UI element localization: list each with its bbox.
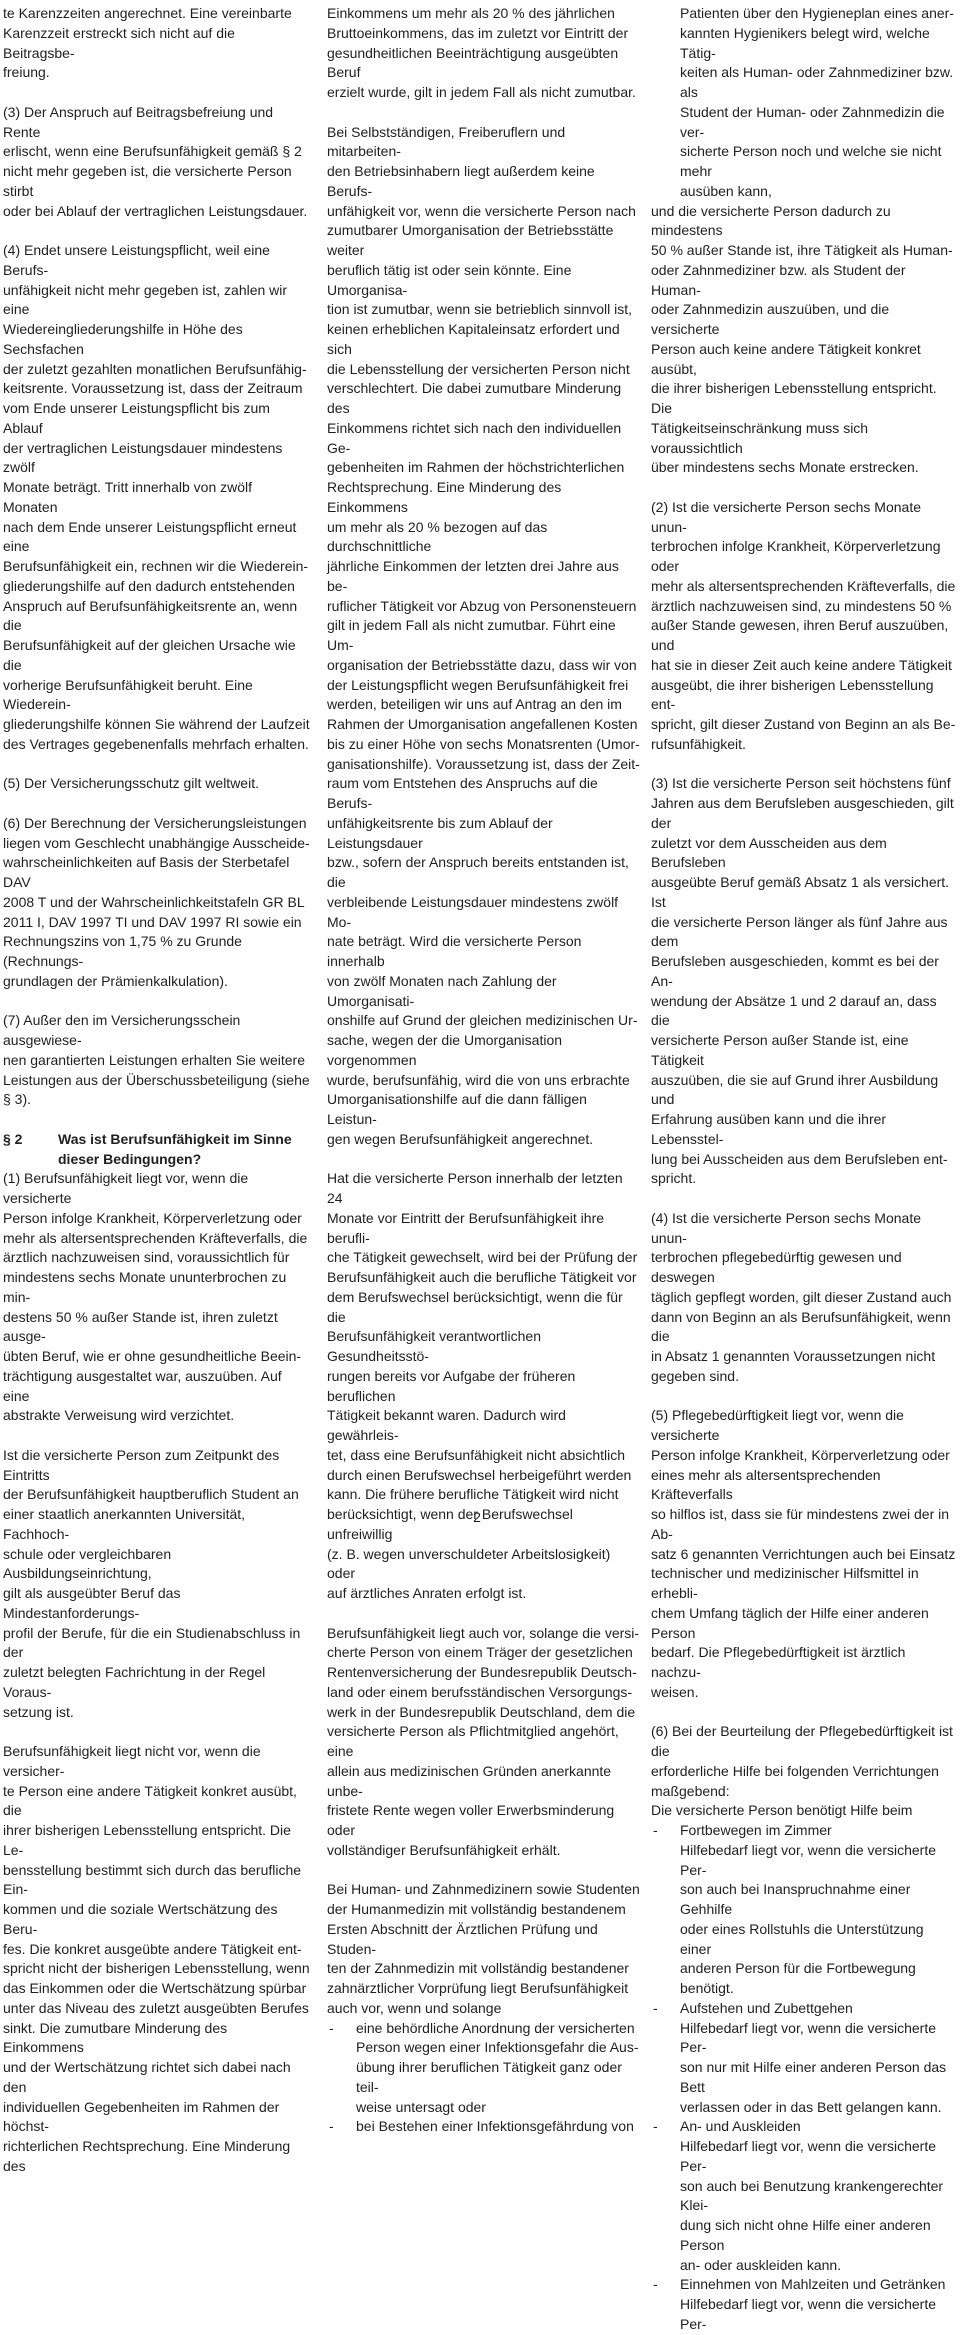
- paragraph: Berufsunfähigkeit liegt auch vor, solang…: [327, 1624, 640, 1861]
- list-item: -eine behördliche Anordnung der versiche…: [327, 2019, 640, 2118]
- list-item: -An- und Auskleiden Hilfebedarf liegt vo…: [651, 2117, 956, 2275]
- paragraph: Bei Human- und Zahnmedizinern sowie Stud…: [327, 1880, 640, 2018]
- paragraph: (5) Pflegebedürftigkeit liegt vor, wenn …: [651, 1406, 956, 1702]
- list-item-text: Einnehmen von Mahlzeiten und Getränken H…: [680, 2275, 956, 2334]
- list-bullet: -: [651, 1821, 680, 1999]
- paragraph: Einkommens um mehr als 20 % des jährlich…: [327, 4, 640, 103]
- page-number: 2: [0, 1508, 954, 1528]
- paragraph: (7) Außer den im Versicherungsschein aus…: [3, 1011, 310, 1110]
- paragraph: Bei Selbstständigen, Freiberuflern und m…: [327, 123, 640, 1150]
- hanging-indent-continuation: Patienten über den Hygieneplan eines ane…: [680, 4, 956, 202]
- section-heading: § 2Was ist Berufsunfähigkeit im Sinne di…: [3, 1130, 310, 1170]
- list-item-text: bei Bestehen einer Infektionsgefährdung …: [356, 2117, 640, 2137]
- paragraph: te Karenzzeiten angerechnet. Eine verein…: [3, 4, 310, 83]
- paragraph: Berufsunfähigkeit liegt nicht vor, wenn …: [3, 1742, 310, 2177]
- section-number: § 2: [3, 1130, 58, 1170]
- list-bullet: -: [651, 2117, 680, 2275]
- text-column-right: Patienten über den Hygieneplan eines ane…: [651, 4, 956, 2335]
- paragraph: (3) Der Anspruch auf Beitragsbefreiung u…: [3, 103, 310, 222]
- paragraph: Ist die versicherte Person zum Zeitpunkt…: [3, 1446, 310, 1723]
- list-item-text: eine behördliche Anordnung der versicher…: [356, 2019, 640, 2118]
- paragraph: (6) Bei der Beurteilung der Pflegebedürf…: [651, 1722, 956, 1821]
- paragraph: und die versicherte Person dadurch zu mi…: [651, 202, 956, 479]
- list-item: -bei Bestehen einer Infektionsgefährdung…: [327, 2117, 640, 2137]
- paragraph: (4) Ist die versicherte Person sechs Mon…: [651, 1209, 956, 1387]
- list-item-text: An- und Auskleiden Hilfebedarf liegt vor…: [680, 2117, 956, 2275]
- list-bullet: -: [651, 1999, 680, 2118]
- document-page: te Karenzzeiten angerechnet. Eine verein…: [0, 0, 960, 1539]
- list-item-text: Fortbewegen im Zimmer Hilfebedarf liegt …: [680, 1821, 956, 1999]
- paragraph: (6) Der Berechnung der Versicherungsleis…: [3, 814, 310, 992]
- text-column-left: te Karenzzeiten angerechnet. Eine verein…: [3, 4, 310, 2177]
- list-bullet: -: [327, 2117, 356, 2137]
- list-bullet: -: [651, 2275, 680, 2334]
- list-item: -Aufstehen und Zubettgehen Hilfebedarf l…: [651, 1999, 956, 2118]
- text-column-middle: Einkommens um mehr als 20 % des jährlich…: [327, 4, 640, 2137]
- list-item-text: Aufstehen und Zubettgehen Hilfebedarf li…: [680, 1999, 956, 2118]
- paragraph: (1) Berufsunfähigkeit liegt vor, wenn di…: [3, 1169, 310, 1426]
- paragraph: (2) Ist die versicherte Person sechs Mon…: [651, 498, 956, 755]
- list-bullet: -: [327, 2019, 356, 2118]
- list-item: -Einnehmen von Mahlzeiten und Getränken …: [651, 2275, 956, 2334]
- paragraph: (3) Ist die versicherte Person seit höch…: [651, 774, 956, 1189]
- paragraph: (4) Endet unsere Leistungspflicht, weil …: [3, 241, 310, 755]
- section-title: Was ist Berufsunfähigkeit im Sinne diese…: [58, 1130, 310, 1170]
- paragraph: (5) Der Versicherungsschutz gilt weltwei…: [3, 774, 310, 794]
- list-item: -Fortbewegen im Zimmer Hilfebedarf liegt…: [651, 1821, 956, 1999]
